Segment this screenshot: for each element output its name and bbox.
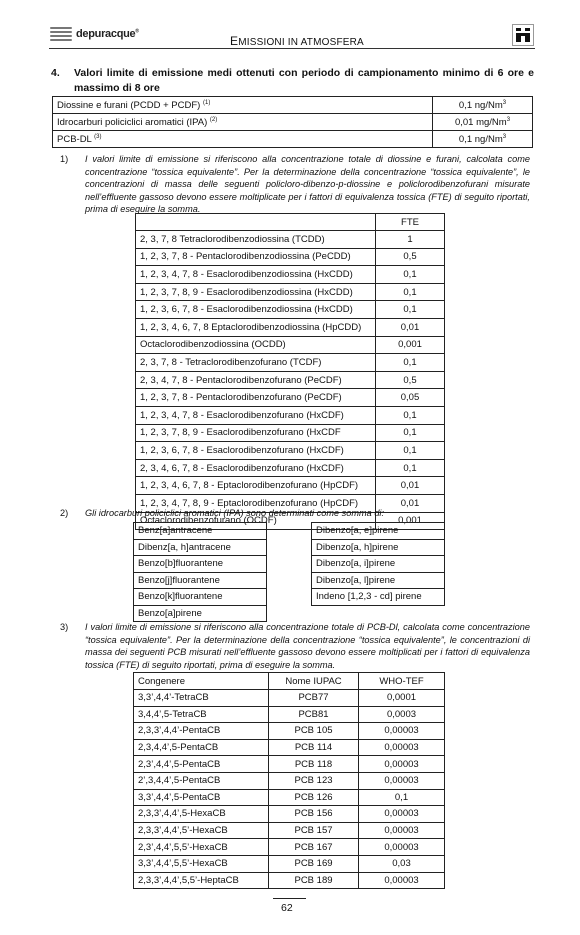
iupac-name: PCB81 [269, 706, 359, 723]
compound-name: Octaclorodibenzodiossina (OCDD) [136, 336, 376, 354]
fte-value: 0,05 [376, 389, 445, 407]
congener: 2,3,3’,4,4’,5,5’-HeptaCB [134, 872, 269, 889]
list-item: Benz[a]antracene [134, 523, 267, 540]
table-row: 2,3,3’,4,4’,5,5’-HeptaCBPCB 1890,00003 [134, 872, 445, 889]
limit-value: 0,1 ng/Nm3 [433, 131, 533, 148]
compound-name: 1, 2, 3, 7, 8, 9 - Esaclorodibenzofurano… [136, 424, 376, 442]
table-row: 2,3,3’,4,4’,5’-HexaCBPCB 1570,00003 [134, 822, 445, 839]
pcb-header-congenere: Congenere [134, 673, 269, 690]
list-item: Dibenzo[a, i]pirene [312, 556, 445, 573]
emission-limits-table: Diossine e furani (PCDD + PCDF) (1)0,1 n… [52, 96, 533, 148]
who-tef: 0,00003 [359, 756, 445, 773]
table-row: 3,3’,4,4’-TetraCBPCB770,0001 [134, 690, 445, 707]
table-row: 1, 2, 3, 4, 6, 7, 8 Eptaclorodibenzodios… [136, 318, 445, 336]
ipa-compound: Benzo[b]fluorantene [134, 556, 267, 573]
list-item: Benzo[k]fluorantene [134, 589, 267, 606]
fte-value: 0,1 [376, 283, 445, 301]
table-row: 2’,3,4,4’,5-PentaCBPCB 1230,00003 [134, 772, 445, 789]
table-row: PCB-DL (3)0,1 ng/Nm3 [53, 131, 533, 148]
table-row: 1, 2, 3, 7, 8, 9 - Esaclorodibenzodiossi… [136, 283, 445, 301]
pcb-header-iupac: Nome IUPAC [269, 673, 359, 690]
page-header-title: EMISSIONI IN ATMOSFERA [230, 34, 364, 48]
fte-value: 0,5 [376, 371, 445, 389]
ipa-compound: Dibenzo[a, l]pirene [312, 572, 445, 589]
ipa-list-left: Benz[a]antraceneDibenz[a, h]antraceneBen… [133, 522, 267, 622]
table-row: 1, 2, 3, 6, 7, 8 - Esaclorodibenzofurano… [136, 442, 445, 460]
compound-name: 2, 3, 4, 7, 8 - Pentaclorodibenzofurano … [136, 371, 376, 389]
table-row: 2,3’,4,4’,5,5’-HexaCBPCB 1670,00003 [134, 839, 445, 856]
compound-name: 1, 2, 3, 7, 8, 9 - Esaclorodibenzodiossi… [136, 283, 376, 301]
table-row: Idrocarburi policiclici aromatici (IPA) … [53, 114, 533, 131]
iupac-name: PCB 189 [269, 872, 359, 889]
table-row: 2, 3, 7, 8 Tetraclorodibenzodiossina (TC… [136, 231, 445, 249]
ipa-compound: Dibenz[a, h]antracene [134, 539, 267, 556]
list-item: Benzo[j]fluorantene [134, 572, 267, 589]
ipa-compound: Dibenzo[a, h]pirene [312, 539, 445, 556]
congener: 2,3,3’,4,4’-PentaCB [134, 723, 269, 740]
ipa-compound: Benzo[j]fluorantene [134, 572, 267, 589]
ipa-list-right: Dibenzo[a, e]pireneDibenzo[a, h]pireneDi… [311, 522, 445, 606]
depuracque-logo: depuracque® [50, 24, 139, 44]
limit-value: 0,01 mg/Nm3 [433, 114, 533, 131]
fte-value: 0,1 [376, 354, 445, 372]
iupac-name: PCB 118 [269, 756, 359, 773]
fte-value: 0,1 [376, 406, 445, 424]
compound-name: 2, 3, 7, 8 - Tetraclorodibenzofurano (TC… [136, 354, 376, 372]
compound-name: 1, 2, 3, 7, 8 - Pentaclorodibenzodiossin… [136, 248, 376, 266]
iupac-name: PCB 169 [269, 855, 359, 872]
who-tef: 0,00003 [359, 822, 445, 839]
congener: 2’,3,4,4’,5-PentaCB [134, 772, 269, 789]
ipa-compound: Dibenzo[a, e]pirene [312, 523, 445, 540]
ipa-compound: Dibenzo[a, i]pirene [312, 556, 445, 573]
who-tef: 0,00003 [359, 806, 445, 823]
pollutant-name: Diossine e furani (PCDD + PCDF) (1) [53, 97, 433, 114]
compound-name: 1, 2, 3, 7, 8 - Pentaclorodibenzofurano … [136, 389, 376, 407]
congener: 2,3,3’,4,4’,5’-HexaCB [134, 822, 269, 839]
fte-header-blank [136, 214, 376, 231]
who-tef: 0,00003 [359, 739, 445, 756]
table-row: 1, 2, 3, 6, 7, 8 - Esaclorodibenzodiossi… [136, 301, 445, 319]
table-row: 1, 2, 3, 4, 6, 7, 8 - Eptaclorodibenzofu… [136, 477, 445, 495]
page-number: 62 [281, 902, 293, 914]
table-row: 1, 2, 3, 4, 7, 8 - Esaclorodibenzodiossi… [136, 266, 445, 284]
list-item: Dibenzo[a, l]pirene [312, 572, 445, 589]
compound-name: 1, 2, 3, 6, 7, 8 - Esaclorodibenzofurano… [136, 442, 376, 460]
table-row: Diossine e furani (PCDD + PCDF) (1)0,1 n… [53, 97, 533, 114]
table-row: 2,3,3’,4,4’-PentaCBPCB 1050,00003 [134, 723, 445, 740]
who-tef: 0,00003 [359, 772, 445, 789]
table-row: 1, 2, 3, 7, 8 - Pentaclorodibenzofurano … [136, 389, 445, 407]
congener: 2,3’,4,4’,5,5’-HexaCB [134, 839, 269, 856]
fte-value: 0,5 [376, 248, 445, 266]
who-tef: 0,03 [359, 855, 445, 872]
table-row: 3,3’,4,4’,5,5’-HexaCBPCB 1690,03 [134, 855, 445, 872]
list-item: Benzo[b]fluorantene [134, 556, 267, 573]
who-tef: 0,00003 [359, 872, 445, 889]
compound-name: 1, 2, 3, 4, 7, 8 - Esaclorodibenzofurano… [136, 406, 376, 424]
table-row: 2,3,3’,4,4’,5-HexaCBPCB 1560,00003 [134, 806, 445, 823]
list-item: Dibenzo[a, e]pirene [312, 523, 445, 540]
compound-name: 1, 2, 3, 4, 6, 7, 8 Eptaclorodibenzodios… [136, 318, 376, 336]
table-row: 1, 2, 3, 7, 8 - Pentaclorodibenzodiossin… [136, 248, 445, 266]
iupac-name: PCB 114 [269, 739, 359, 756]
table-row: 1, 2, 3, 7, 8, 9 - Esaclorodibenzofurano… [136, 424, 445, 442]
iupac-name: PCB 157 [269, 822, 359, 839]
table-row: 2, 3, 4, 7, 8 - Pentaclorodibenzofurano … [136, 371, 445, 389]
pcb-header-tef: WHO-TEF [359, 673, 445, 690]
compound-name: 1, 2, 3, 4, 7, 8 - Esaclorodibenzodiossi… [136, 266, 376, 284]
ipa-compound: Benzo[a]pirene [134, 605, 267, 622]
footer-divider [273, 898, 306, 899]
fte-value: 1 [376, 231, 445, 249]
table-row: Octaclorodibenzodiossina (OCDD)0,001 [136, 336, 445, 354]
table-row: 3,4,4’,5-TetraCBPCB810,0003 [134, 706, 445, 723]
note-1: 1) I valori limite di emissione si rifer… [60, 153, 530, 213]
waves-logo-icon [50, 26, 72, 42]
congener: 2,3,3’,4,4’,5-HexaCB [134, 806, 269, 823]
fte-table: FTE 2, 3, 7, 8 Tetraclorodibenzodiossina… [135, 213, 445, 530]
compound-name: 2, 3, 4, 6, 7, 8 - Esaclorodibenzofurano… [136, 459, 376, 477]
header-divider [49, 48, 535, 49]
congener: 3,3’,4,4’-TetraCB [134, 690, 269, 707]
fte-value: 0,1 [376, 442, 445, 460]
who-tef: 0,00003 [359, 839, 445, 856]
fte-header: FTE [376, 214, 445, 231]
compound-name: 1, 2, 3, 6, 7, 8 - Esaclorodibenzodiossi… [136, 301, 376, 319]
fte-value: 0,01 [376, 318, 445, 336]
who-tef: 0,1 [359, 789, 445, 806]
fte-value: 0,1 [376, 424, 445, 442]
limit-value: 0,1 ng/Nm3 [433, 97, 533, 114]
logo-text: depuracque® [76, 28, 139, 40]
congener: 2,3’,4,4’,5-PentaCB [134, 756, 269, 773]
fte-value: 0,001 [376, 336, 445, 354]
congener: 2,3,4,4’,5-PentaCB [134, 739, 269, 756]
who-tef: 0,0001 [359, 690, 445, 707]
congener: 3,3’,4,4’,5-PentaCB [134, 789, 269, 806]
note-3: 3) I valori limite di emissione si rifer… [60, 621, 530, 671]
table-row: 2, 3, 7, 8 - Tetraclorodibenzofurano (TC… [136, 354, 445, 372]
who-tef: 0,0003 [359, 706, 445, 723]
note-2: 2) Gli idrocarburi policiclici aromatici… [60, 507, 530, 521]
ipa-compound: Benzo[k]fluorantene [134, 589, 267, 606]
fte-value: 0,1 [376, 266, 445, 284]
table-row: 2,3’,4,4’,5-PentaCBPCB 1180,00003 [134, 756, 445, 773]
iupac-name: PCB 105 [269, 723, 359, 740]
list-item: Dibenz[a, h]antracene [134, 539, 267, 556]
compound-name: 2, 3, 7, 8 Tetraclorodibenzodiossina (TC… [136, 231, 376, 249]
table-row: 2,3,4,4’,5-PentaCBPCB 1140,00003 [134, 739, 445, 756]
list-item: Indeno [1,2,3 - cd] pirene [312, 589, 445, 606]
table-row: 2, 3, 4, 6, 7, 8 - Esaclorodibenzofurano… [136, 459, 445, 477]
pollutant-name: Idrocarburi policiclici aromatici (IPA) … [53, 114, 433, 131]
building-logo-icon [512, 24, 534, 46]
ipa-compound: Benz[a]antracene [134, 523, 267, 540]
list-item: Dibenzo[a, h]pirene [312, 539, 445, 556]
fte-value: 0,01 [376, 477, 445, 495]
pcb-table: Congenere Nome IUPAC WHO-TEF 3,3’,4,4’-T… [133, 672, 445, 889]
iupac-name: PCB 126 [269, 789, 359, 806]
who-tef: 0,00003 [359, 723, 445, 740]
iupac-name: PCB 167 [269, 839, 359, 856]
congener: 3,4,4’,5-TetraCB [134, 706, 269, 723]
ipa-compound: Indeno [1,2,3 - cd] pirene [312, 589, 445, 606]
pollutant-name: PCB-DL (3) [53, 131, 433, 148]
iupac-name: PCB 156 [269, 806, 359, 823]
list-item: Benzo[a]pirene [134, 605, 267, 622]
table-row: 1, 2, 3, 4, 7, 8 - Esaclorodibenzofurano… [136, 406, 445, 424]
congener: 3,3’,4,4’,5,5’-HexaCB [134, 855, 269, 872]
table-row: 3,3’,4,4’,5-PentaCBPCB 1260,1 [134, 789, 445, 806]
compound-name: 1, 2, 3, 4, 6, 7, 8 - Eptaclorodibenzofu… [136, 477, 376, 495]
iupac-name: PCB 123 [269, 772, 359, 789]
fte-value: 0,1 [376, 459, 445, 477]
fte-value: 0,1 [376, 301, 445, 319]
iupac-name: PCB77 [269, 690, 359, 707]
